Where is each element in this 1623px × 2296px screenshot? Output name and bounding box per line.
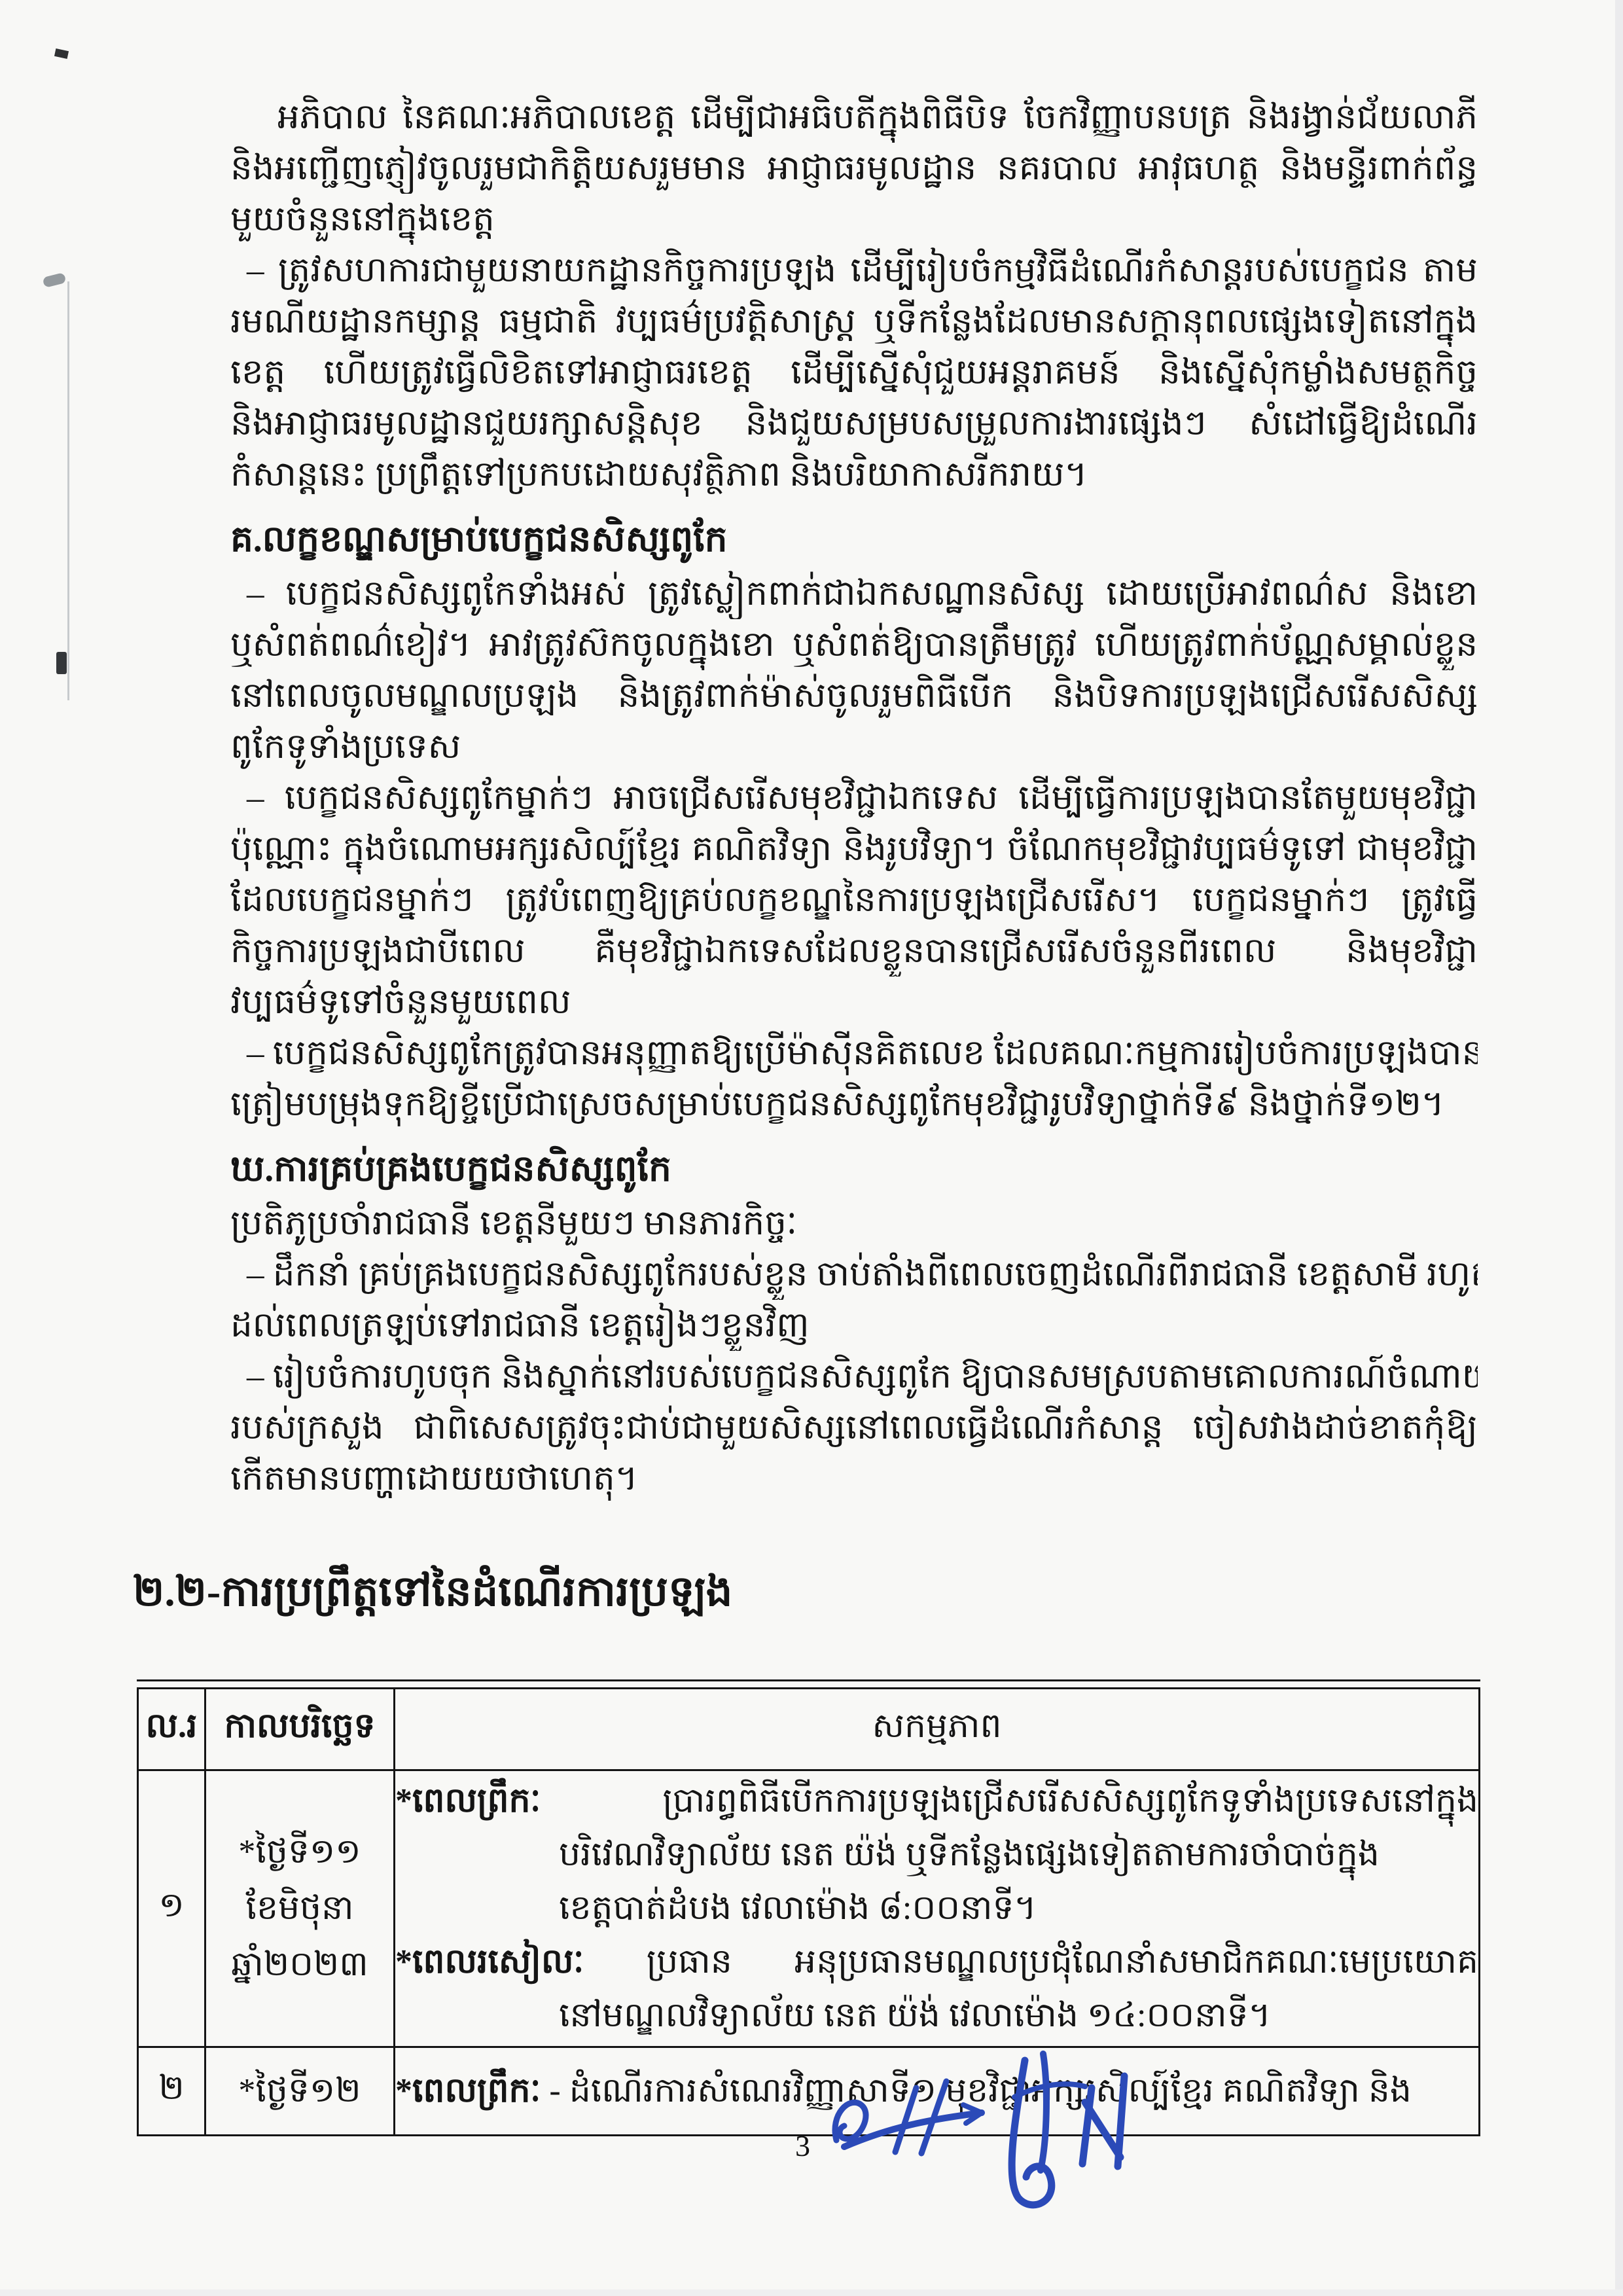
activity-cell: *ពេលព្រឹកៈ ប្រារព្ធពិធីបើកការប្រឡងជ្រើសរ…	[395, 1770, 1480, 2047]
body-line: មួយចំនួននៅក្នុងខេត្ត	[230, 194, 1478, 245]
bullet-line: រមណីយដ្ឋានកម្សាន្ត ធម្មជាតិ វប្បធម៌ប្រវត…	[230, 296, 1478, 347]
bullet-line: នៅពេលចូលមណ្ឌលប្រឡង និងត្រូវពាក់ម៉ាស់ចូលរ…	[230, 670, 1478, 721]
bullet-line: របស់ក្រសួង ជាពិសេសត្រូវចុះជាប់ជាមួយសិស្ស…	[230, 1402, 1478, 1453]
scan-artifact	[56, 652, 67, 674]
document-body: អភិបាល នៃគណៈអភិបាលខេត្ត ដើម្បីជាអធិបតីក្…	[230, 92, 1478, 2136]
date-line: *ថ្ងៃទី១២	[206, 2063, 393, 2119]
table-header-no: ល.រ	[138, 1689, 205, 1770]
scan-artifact	[54, 48, 69, 59]
bullet-line: – ដឹកនាំ គ្រប់គ្រងបេក្ខជនសិស្សពូកែរបស់ខ្…	[230, 1249, 1478, 1300]
section-heading-management: ឃ.ការគ្រប់គ្រងបេក្ខជនសិស្សពូកែ	[230, 1140, 1478, 1198]
scan-artifact	[43, 272, 67, 288]
bullet-line: និងអាជ្ញាធរមូលដ្ឋានជួយរក្សាសន្តិសុខ និងជ…	[230, 398, 1478, 449]
date-line: ខែមិថុនា	[206, 1880, 393, 1937]
bullet-line: – ត្រូវសហការជាមួយនាយកដ្ឋានកិច្ចការប្រឡង …	[230, 245, 1478, 296]
bullet-line: ប៉ុណ្ណោះ ក្នុងចំណោមអក្សរសិល្ប៍ខ្មែរ គណិត…	[230, 823, 1478, 874]
page-number: 3	[795, 2128, 810, 2163]
exam-schedule-table: ល.រ កាលបរិច្ឆេទ សកម្មភាព ១ *ថ្ងៃទី១១ ខែម…	[137, 1687, 1480, 2136]
bullet-line: វប្បធម៌ទូទៅចំនួនមួយពេល	[230, 977, 1478, 1028]
exam-schedule-table-wrap: ល.រ កាលបរិច្ឆេទ សកម្មភាព ១ *ថ្ងៃទី១១ ខែម…	[137, 1679, 1480, 2136]
bullet-line: ឬសំពត់ពណ៌ខៀវ។ អាវត្រូវស៊កចូលក្នុងខោ ឬសំព…	[230, 619, 1478, 670]
time-label: *ពេលរសៀលៈ	[395, 1943, 584, 1981]
table-row: ២ *ថ្ងៃទី១២ *ពេលព្រឹកៈ - ដំណើរការសំណេរវិ…	[138, 2047, 1480, 2136]
signature-scribble	[818, 2042, 1158, 2238]
date-line: ឆ្នាំ២០២៣	[206, 1937, 393, 1993]
scan-artifact	[67, 281, 69, 700]
bullet-line: ត្រៀមបម្រុងទុកឱ្យខ្ចីប្រើជាស្រេចសម្រាប់ប…	[230, 1079, 1478, 1130]
bullet-line: ដល់ពេលត្រឡប់ទៅរាជធានី ខេត្តរៀងៗខ្លួនវិញ	[230, 1300, 1478, 1351]
activity-text: ប្រធាន អនុប្រធានមណ្ឌលប្រជុំណែនាំសមាជិកគណ…	[647, 1943, 1478, 1981]
bullet-line: កើតមានបញ្ហាដោយយថាហេតុ។	[230, 1453, 1478, 1504]
bullet-line: – បេក្ខជនសិស្សពូកែត្រូវបានអនុញ្ញាតឱ្យប្រ…	[230, 1028, 1478, 1079]
bullet-line: កិច្ចការប្រឡងជាបីពេល គឺមុខវិជ្ជាឯកទេសដែល…	[230, 925, 1478, 977]
bullet-line: ពូកែទូទាំងប្រទេស	[230, 721, 1478, 772]
section-heading-exam-process: ២.២-ការប្រព្រឹត្តទៅនៃដំណើរការប្រឡង	[133, 1559, 1478, 1624]
bullet-line: – បេក្ខជនសិស្សពូកែម្នាក់ៗ អាចជ្រើសរើសមុខ…	[230, 772, 1478, 823]
activity-line: *ពេលព្រឹកៈ ប្រារព្ធពិធីបើកការប្រឡងជ្រើសរ…	[395, 1774, 1478, 1828]
table-header-activity: សកម្មភាព	[395, 1689, 1480, 1770]
row-number-cell: ១	[138, 1770, 205, 2047]
bullet-line: – រៀបចំការហូបចុក និងស្នាក់នៅរបស់បេក្ខជនស…	[230, 1351, 1478, 1402]
time-label: *ពេលព្រឹកៈ	[395, 1782, 541, 1820]
scan-edge-shadow	[1615, 0, 1623, 2296]
bullet-line: ខេត្ត ហើយត្រូវធ្វើលិខិតទៅអាជ្ញាធរខេត្ត ដ…	[230, 347, 1478, 398]
body-line: និងអញ្ជើញភ្ញៀវចូលរួមជាកិត្តិយសរួមមាន អាជ…	[230, 143, 1478, 194]
activity-line: បរិវេណវិទ្យាល័យ នេត យ៉ង់ ឬទីកន្លែងផ្សេងទ…	[559, 1828, 1478, 1882]
time-label: *ពេលព្រឹកៈ	[395, 2072, 541, 2109]
activity-text: ប្រារព្ធពិធីបើកការប្រឡងជ្រើសរើសសិស្សពូកែ…	[662, 1782, 1478, 1820]
activity-line: ខេត្តបាត់ដំបង វេលាម៉ោង ៨:០០នាទី។	[559, 1882, 1478, 1935]
table-header-date: កាលបរិច្ឆេទ	[205, 1689, 395, 1770]
date-cell: *ថ្ងៃទី១១ ខែមិថុនា ឆ្នាំ២០២៣	[205, 1770, 395, 2047]
row-number-cell: ២	[138, 2047, 205, 2136]
body-line: ប្រតិភូប្រចាំរាជធានី ខេត្តនីមួយៗ មានភារក…	[230, 1198, 1478, 1249]
scanned-document-page: អភិបាល នៃគណៈអភិបាលខេត្ត ដើម្បីជាអធិបតីក្…	[0, 0, 1623, 2296]
date-cell: *ថ្ងៃទី១២	[205, 2047, 395, 2136]
table-header-row: ល.រ កាលបរិច្ឆេទ សកម្មភាព	[138, 1689, 1480, 1770]
date-line: *ថ្ងៃទី១១	[206, 1824, 393, 1880]
scan-edge-shadow	[0, 2289, 1623, 2296]
bullet-line: – បេក្ខជនសិស្សពូកែទាំងអស់ ត្រូវស្លៀកពាក់…	[230, 568, 1478, 619]
section-heading-conditions: គ.លក្ខខណ្ឌសម្រាប់បេក្ខជនសិស្សពូកែ	[230, 511, 1478, 568]
activity-line: *ពេលរសៀលៈ ប្រធាន អនុប្រធានមណ្ឌលប្រជុំណែន…	[395, 1935, 1478, 1989]
body-line: អភិបាល នៃគណៈអភិបាលខេត្ត ដើម្បីជាអធិបតីក្…	[230, 92, 1478, 143]
bullet-line: ដែលបេក្ខជនម្នាក់ៗ ត្រូវបំពេញឱ្យគ្រប់លក្ខ…	[230, 874, 1478, 925]
bullet-line: កំសាន្តនេះ ប្រព្រឹត្តទៅប្រកបដោយសុវត្ថិភា…	[230, 449, 1478, 500]
activity-line: នៅមណ្ឌលវិទ្យាល័យ នេត យ៉ង់ វេលាម៉ោង ១៤:០០…	[559, 1989, 1478, 2043]
table-row: ១ *ថ្ងៃទី១១ ខែមិថុនា ឆ្នាំ២០២៣ *ពេលព្រឹក…	[138, 1770, 1480, 2047]
